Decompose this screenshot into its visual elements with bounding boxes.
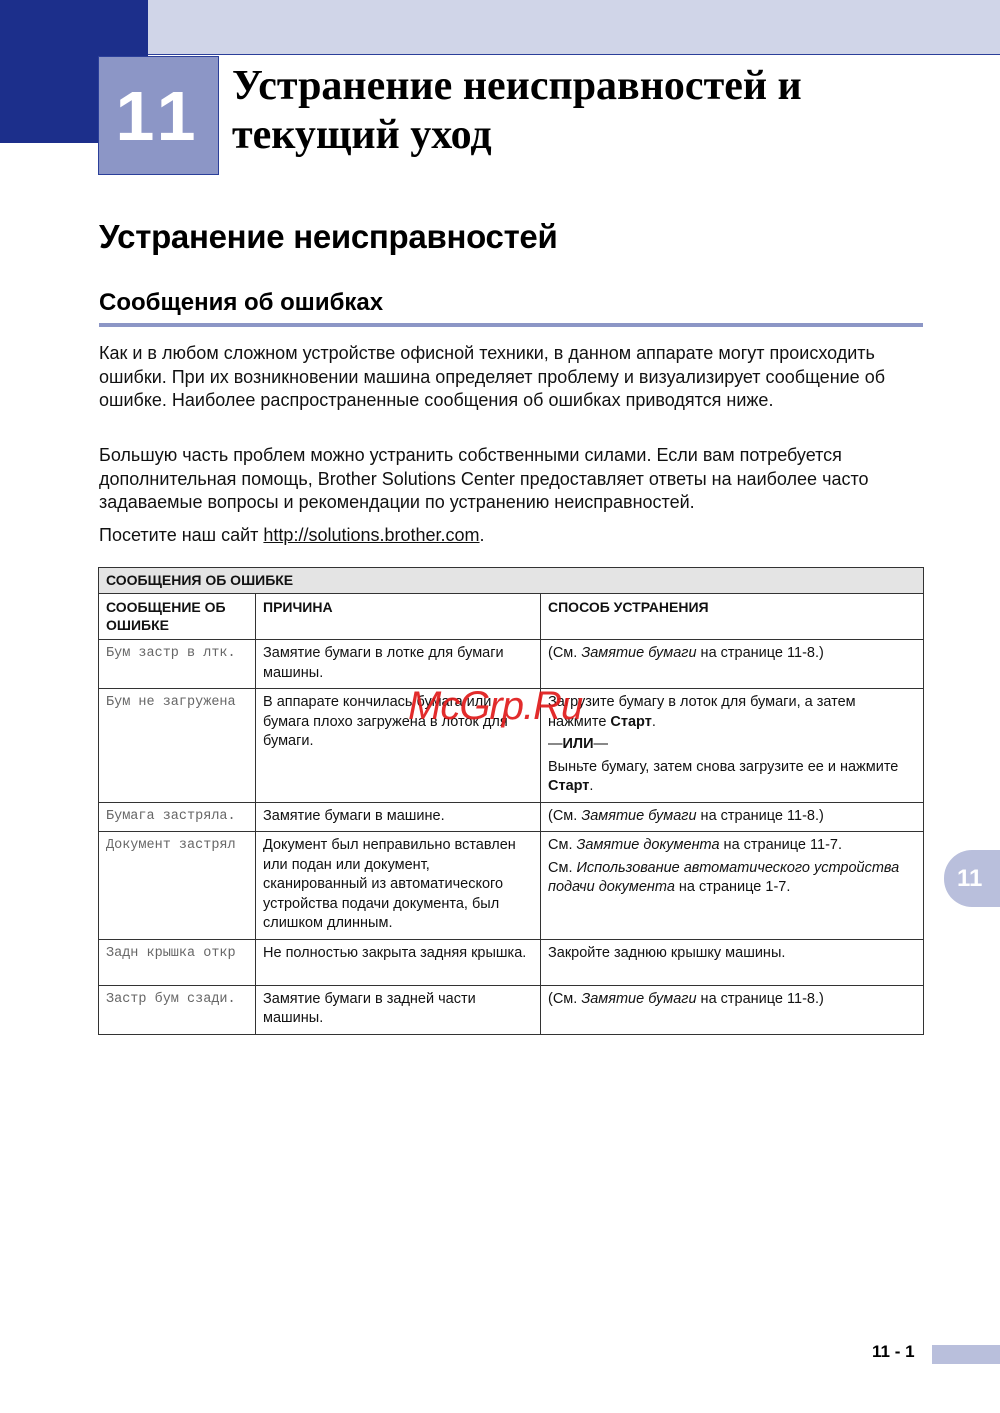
solution-cell: См. Замятие документа на странице 11-7.С… [541,832,924,940]
button-name: ИЛИ [563,736,594,752]
solution-line: См. Использование автоматического устрой… [548,859,916,898]
solution-line: Выньте бумагу, затем снова загрузите ее … [548,758,916,797]
section-title: Устранение неисправностей [99,218,557,256]
watermark: McGrp.Ru [408,684,582,729]
chapter-side-tab[interactable]: 11 [944,850,1000,907]
solution-text: (См. [548,808,581,824]
solution-text: См. [548,860,577,876]
header-light-band [148,0,1000,55]
website-paragraph: Посетите наш сайт http://solutions.broth… [99,524,929,548]
solution-cell: (См. Замятие бумаги на странице 11-8.) [541,640,924,689]
cause-cell: Замятие бумаги в задней части машины. [256,985,541,1034]
solution-line: См. Замятие документа на странице 11-7. [548,836,916,856]
solution-line: (См. Замятие бумаги на странице 11-8.) [548,990,916,1010]
solution-text: См. [548,837,577,853]
website-prefix: Посетите наш сайт [99,525,263,545]
subsection-rule [99,323,923,327]
error-message-cell: Бум застр в лтк. [99,640,256,689]
chapter-number-box: 11 [98,56,219,175]
solution-text: — [594,736,609,752]
table-title-row: СООБЩЕНИЯ ОБ ОШИБКЕ [99,568,924,594]
cross-reference: Замятие документа [577,837,720,853]
table-row: Застр бум сзади.Замятие бумаги в задней … [99,985,924,1034]
chapter-title-line-1: Устранение неисправностей и [232,62,802,111]
table-title: СООБЩЕНИЯ ОБ ОШИБКЕ [99,568,924,594]
intro-paragraph: Как и в любом сложном устройстве офисной… [99,342,929,413]
cause-cell: Замятие бумаги в лотке для бумаги машины… [256,640,541,689]
subsection-title: Сообщения об ошибках [99,289,383,317]
solution-text: (См. [548,991,581,1007]
cross-reference: Замятие бумаги [581,645,696,661]
page-number: 11 - 1 [872,1342,915,1362]
solution-cell: Закройте заднюю крышку машины. [541,939,924,985]
error-message-cell: Задн крышка откр [99,939,256,985]
solution-text: Загрузите бумагу в лоток для бумаги, а з… [548,694,856,730]
solution-text: на странице 11-8.) [697,645,824,661]
solution-cell: Загрузите бумагу в лоток для бумаги, а з… [541,689,924,803]
error-message-cell: Бум не загружена [99,689,256,803]
solution-text: — [548,736,563,752]
button-name: Старт [548,778,589,794]
table-row: Бумага застряла.Замятие бумаги в машине.… [99,802,924,832]
error-message-cell: Бумага застряла. [99,802,256,832]
chapter-title: Устранение неисправностей и текущий уход [232,62,802,160]
solution-line: Загрузите бумагу в лоток для бумаги, а з… [548,693,916,732]
website-suffix: . [480,525,485,545]
button-name: Старт [610,714,651,730]
solution-text: (См. [548,645,581,661]
solution-line: (См. Замятие бумаги на странице 11-8.) [548,644,916,664]
solution-cell: (См. Замятие бумаги на странице 11-8.) [541,985,924,1034]
cross-reference: Замятие бумаги [581,808,696,824]
solution-text: Закройте заднюю крышку машины. [548,945,785,961]
solution-text: Выньте бумагу, затем снова загрузите ее … [548,759,898,775]
solution-text: на странице 11-7. [720,837,842,853]
column-header-message: СООБЩЕНИЕ ОБ ОШИБКЕ [99,594,256,640]
cause-cell: Не полностью закрыта задняя крышка. [256,939,541,985]
solution-cell: (См. Замятие бумаги на странице 11-8.) [541,802,924,832]
cross-reference: Замятие бумаги [581,991,696,1007]
error-message-cell: Документ застрял [99,832,256,940]
solution-line: —ИЛИ— [548,735,916,755]
solution-text: на странице 1-7. [675,879,790,895]
solutions-link[interactable]: http://solutions.brother.com [263,525,479,545]
solution-text: на странице 11-8.) [697,991,824,1007]
solution-text: на странице 11-8.) [697,808,824,824]
table-row: Бум застр в лтк.Замятие бумаги в лотке д… [99,640,924,689]
cause-cell: Документ был неправильно вставлен или по… [256,832,541,940]
column-header-solution: СПОСОБ УСТРАНЕНИЯ [541,594,924,640]
column-header-cause: ПРИЧИНА [256,594,541,640]
error-message-cell: Застр бум сзади. [99,985,256,1034]
table-header-row: СООБЩЕНИЕ ОБ ОШИБКЕ ПРИЧИНА СПОСОБ УСТРА… [99,594,924,640]
solution-line: Закройте заднюю крышку машины. [548,944,916,964]
error-messages-table: СООБЩЕНИЯ ОБ ОШИБКЕ СООБЩЕНИЕ ОБ ОШИБКЕ … [98,567,924,1035]
solution-text: . [652,714,656,730]
cause-cell: Замятие бумаги в машине. [256,802,541,832]
page-number-bar [932,1345,1000,1364]
solution-line: (См. Замятие бумаги на странице 11-8.) [548,807,916,827]
solution-text: . [589,778,593,794]
table-row: Документ застрялДокумент был неправильно… [99,832,924,940]
help-paragraph: Большую часть проблем можно устранить со… [99,444,929,515]
table-row: Задн крышка открНе полностью закрыта зад… [99,939,924,985]
chapter-title-line-2: текущий уход [232,111,802,160]
